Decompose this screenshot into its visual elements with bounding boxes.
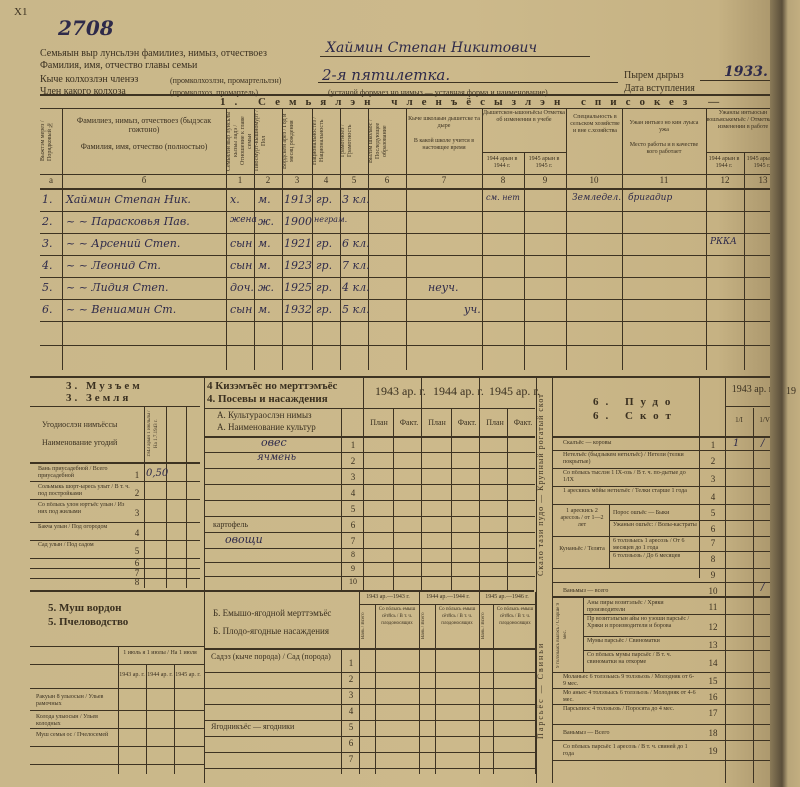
fruit-col-bearing: Со пӧлысь емыш сётйсь / В т. ч. плодонос…	[377, 606, 417, 627]
section6-title-ru: 6. Скот	[593, 410, 678, 422]
fruit-year: 1945 ар.—1946 г.	[479, 594, 535, 601]
livestock-row-label: Порос ошъёс — Быки	[613, 510, 697, 517]
livestock-row-number: 7	[703, 538, 723, 548]
education-group-header: Дышетскон-ышонъёсы Отметка об изменении …	[482, 110, 566, 124]
member-name: ~ ~ Леонид Ст.	[66, 259, 161, 272]
crop-row-number: 6	[343, 520, 363, 530]
land-date-header: 1943 арын 1 июльлы / На 1.7.1943 г.	[146, 410, 164, 458]
livestock-row-label: Мумы парсьёс / Свиноматки	[587, 638, 697, 645]
cattle-total-jul-value[interactable]: /	[761, 582, 764, 593]
colnum: 12	[706, 175, 744, 185]
col-5-header: Грамотноез / Грамотность	[340, 110, 366, 172]
member-name: ~ ~ Арсений Степ.	[66, 237, 180, 250]
colnum: б	[62, 175, 226, 185]
colnum: 6	[368, 175, 406, 185]
livestock-row-number: 18	[703, 728, 723, 738]
livestock-row-label: Ужанын ошъёс: / Волы-кастраты	[613, 522, 697, 529]
crop-row-number: 7	[343, 536, 363, 546]
row-number: 3.	[42, 237, 53, 250]
education: 4 кл.	[342, 281, 370, 294]
fruit-col-bearing: Со пӧлысь емыш сётйсь / В т. ч. плодонос…	[495, 606, 535, 627]
col-11-header-ru: Место работы и в качестве кого работает	[624, 142, 704, 156]
livestock-row-label: Скалъёс — коровы	[563, 440, 693, 447]
crops-header-ru: А. Наименование культур	[217, 422, 316, 432]
row-number: 2.	[42, 215, 53, 228]
crops-header-komi: А. Культураослэн нимыз	[217, 410, 312, 420]
literacy: гр.	[316, 281, 332, 294]
livestock-row-number: 10	[703, 586, 723, 596]
land-row-number: 2	[130, 488, 144, 498]
row-number: 6.	[42, 303, 53, 316]
orchard-row-number: 5	[343, 722, 359, 732]
year-1945: 1945 ар. г.	[489, 384, 541, 399]
sex: ж.	[258, 215, 274, 228]
crop-row-number: 9	[343, 564, 363, 573]
family-head-label-ru: Фамилия, имя, отчество главы семьи	[40, 60, 197, 71]
colnum: 10	[566, 175, 622, 185]
bees-year: 1944 ар. г.	[146, 672, 174, 679]
cattle-side-label: Скало тази пудо — Крупный рогатый скот	[537, 380, 551, 590]
fruit-col-bearing: Со пӧлысь емыш сётйсь / В т. ч. плодонос…	[437, 606, 477, 627]
land-row-number: 4	[130, 528, 144, 538]
livestock-row-number: 2	[703, 456, 723, 466]
colnum: 11	[622, 175, 706, 185]
col-12-header: 1944 арын в 1944 г.	[706, 156, 742, 170]
orchard-row-number: 1	[343, 658, 359, 668]
kolkhoz-hint-komi: (промколхозлэн, промартельлэн)	[170, 76, 281, 85]
plan-1943: План	[365, 418, 393, 427]
kolkhoz-label-komi: Кыче колхозлэн членэз	[40, 74, 138, 85]
workplace: бригадир	[628, 193, 672, 203]
table-row[interactable]: 1. Хаймин Степан Ник. х. м. 1913 гр. 3 к…	[40, 193, 780, 213]
crop-name[interactable]: овощи	[225, 533, 263, 546]
birth-year: 1900	[284, 215, 312, 228]
row-number: 5.	[42, 281, 53, 294]
colnum: 2	[254, 175, 282, 185]
section5-beekeeping: 5. Муш вордон 5. Пчеловодство 1 июль я 1…	[30, 592, 204, 784]
cows-jul-value[interactable]: /	[761, 438, 764, 449]
bees-row-label: Ракуын 8 улыосын / Ульев рамочных	[36, 694, 116, 708]
livestock-row-label: Ваньмыз — всего	[563, 588, 693, 595]
livestock-row-number: 5	[703, 508, 723, 518]
fruit-col-all: Вань / Всего	[360, 608, 374, 644]
relation: сын	[230, 303, 252, 316]
livestock-row-number: 19	[703, 746, 723, 756]
fact-1945: Факт.	[509, 418, 537, 427]
livestock-row-label: 6 толэзьысь 1 аресозь / От 6 месяцев до …	[613, 538, 697, 552]
livestock-row-label: Ваньмыз — Всего	[563, 730, 697, 737]
livestock-row-label: Со пӧлысь парсьёс 1 аресозь / В т. ч. св…	[563, 744, 697, 758]
current-school: неуч.	[428, 281, 458, 294]
literacy: неграм.	[314, 215, 347, 224]
orchard-row-number: 4	[343, 706, 359, 716]
col-4-header: Национальностез / Национальность	[312, 110, 338, 172]
fruit-title-ru: Б. Плодо-ягодные насаждения	[213, 626, 329, 636]
section1-header: Выжтэм мерез / Порядковый № Фамилиез, ни…	[40, 108, 780, 174]
col-6-header: Вылэм школаос / Последующее образование	[368, 110, 404, 172]
livestock-row-label: 1 арескись мӧйы нетилъёс / Телки старше …	[563, 488, 693, 495]
livestock-row-number: 4	[703, 492, 723, 502]
sex: м.	[258, 303, 271, 316]
livestock-row-number: 15	[703, 676, 723, 686]
page-binding-edge: 19	[770, 0, 800, 787]
land-col-header-ru: Наименование угодий	[42, 438, 117, 447]
colnum: 1	[226, 175, 254, 185]
literacy: гр.	[316, 259, 332, 272]
education: 7 кл.	[342, 259, 370, 272]
livestock-row-number: 3	[703, 474, 723, 484]
livestock-date-jan: 1/I	[725, 416, 753, 424]
next-year-header: 19	[786, 386, 796, 397]
section4-title-komi: 4 Кизэмъёс но мерттэмъёс	[207, 380, 337, 392]
section4b-fruit: Б. Емышо-ягодной мерттэмъёс Б. Плодо-яго…	[205, 592, 535, 774]
livestock-row-label: 6 толэзьозь / До 6 месяцев	[613, 553, 697, 560]
family-head-label-komi: Семьяын выр лунсьлэн фамилиез, нимыз, от…	[40, 48, 267, 59]
entry-label-komi: Пырем дырыз	[624, 70, 684, 81]
fruit-col-all: Вань / Всего	[480, 608, 494, 644]
birth-year: 1921	[284, 237, 312, 250]
document-page: Х1 2708 Семьяын выр лунсьлэн фамилиез, н…	[0, 0, 780, 787]
pigs-older-subgroup: 9 толэзьысь вылэсь / Старше 9 мес.	[555, 600, 581, 670]
table-row[interactable]: 6. ~ ~ Вениамин Ст. сын м. 1932 гр. 5 кл…	[40, 303, 780, 323]
col-8-header: 1944 арын в 1944 г.	[482, 156, 522, 170]
record-number: 2708	[58, 16, 114, 40]
col-7-header-ru: В какой школе учится в настоящее время	[408, 138, 480, 152]
col-b-header-ru: Фамилия, имя, отчество (полностью)	[64, 142, 224, 151]
crop-row-number: 10	[343, 577, 363, 586]
column-number-row: а б 1 2 3 4 5 6 7 8 9 10 11 12 13	[40, 175, 780, 187]
bees-row-label: Муш семья ос / Пчелосемей	[36, 732, 116, 739]
fruit-year: 1944 ар.—1944 г.	[419, 594, 477, 601]
specialty: Земледел.	[572, 193, 621, 203]
fact-1943: Факт.	[395, 418, 423, 427]
family-members-table: 1. Хаймин Степан Ник. х. м. 1913 гр. 3 к…	[40, 189, 780, 369]
work-change-1944: РККА	[710, 237, 737, 247]
fruit-year: 1943 ар.—1943 г.	[359, 594, 417, 601]
land-row-label: Со пӧлысь улон юртъёс улын / Из них под …	[38, 502, 130, 516]
cows-jan-value[interactable]: 1	[733, 438, 739, 449]
table-row[interactable]: 2. ~ ~ Парасковья Пав. жена ж. 1900 негр…	[40, 215, 780, 235]
pigs-side-label: Парсьёс — Свиньи	[537, 600, 551, 780]
relation: сын	[230, 237, 252, 250]
col-3-header: Вордскем арез / Год и месяц рождения	[282, 110, 310, 172]
land-row-label: Бакча улын / Под огородом	[38, 524, 130, 531]
livestock-row-label: Со пӧлысь мумы парсьёс / В т. ч. свинома…	[587, 652, 697, 666]
orchard-row-label: Ягодникъёс — ягодники	[211, 722, 294, 731]
col-9-header: 1945 арын в 1945 г.	[524, 156, 564, 170]
relation: сын	[230, 259, 252, 272]
member-name: ~ ~ Лидия Степ.	[66, 281, 168, 294]
year-1944: 1944 ар. г.	[433, 384, 485, 399]
col-b-header-komi: Фамилиез, нимыз, отчествоез (быдэсак гож…	[64, 116, 224, 134]
literacy: гр.	[316, 303, 332, 316]
land-row-label: Вань приусадебной / Всего приусадебной	[38, 466, 130, 480]
orchard-row-label: Садэз (кыче порода) / Сад (порода)	[211, 652, 339, 662]
sex: ж.	[258, 281, 274, 294]
sex: м.	[258, 237, 271, 250]
col-7-header-komi: Кыче школаын дышетске та дыре	[408, 116, 480, 130]
table-row[interactable]: 5. ~ ~ Лидия Степ. доч. ж. 1925 гр. 4 кл…	[40, 281, 780, 301]
bees-year: 1943 ар. г.	[118, 672, 146, 679]
literacy: гр.	[316, 193, 332, 206]
section6-title-komi: 6. Пудо	[593, 396, 677, 408]
livestock-row-number: 11	[703, 602, 723, 612]
livestock-row-number: 17	[703, 708, 723, 718]
section6-livestock: 6. Пудо 6. Скот 1943 ар. г. 1/I 1/VII Ск…	[553, 378, 780, 783]
work-change-group-header: Ужанлы интыосын вошъяськемъёс / Отметка …	[706, 110, 780, 131]
corner-mark: Х1	[14, 6, 27, 18]
livestock-row-number: 13	[703, 640, 723, 650]
livestock-row-label: Парсьпиос 4 толэзьозь / Поросята до 4 ме…	[563, 706, 697, 713]
fruit-col-all: Вань / Всего	[420, 608, 434, 644]
livestock-row-number: 12	[703, 622, 723, 632]
col-11-header-komi: Ужан интыез но кин луыса ужа	[624, 120, 704, 134]
section5-title-komi: 5. Муш вордон	[48, 602, 122, 614]
colnum: 8	[482, 175, 524, 185]
orchard-row-number: 6	[343, 738, 359, 748]
section5-title-ru: 5. Пчеловодство	[48, 616, 128, 628]
plan-1944: План	[423, 418, 451, 427]
land-row-number: 5	[130, 546, 144, 556]
year-1943: 1943 ар. г.	[375, 384, 427, 399]
land-row-number: 8	[130, 577, 144, 587]
fact-1944: Факт.	[453, 418, 481, 427]
row-number: 4.	[42, 259, 53, 272]
crop-row-number: 3	[343, 472, 363, 482]
member-name: ~ ~ Парасковья Пав.	[66, 215, 190, 228]
livestock-row-label: Мо аньес 4 толэзьысь 6 толэзьозь / Молод…	[563, 690, 697, 704]
education: 3 кл.	[342, 193, 370, 206]
land-total-value[interactable]: 0,50	[146, 468, 168, 479]
relation: доч.	[230, 281, 254, 294]
crop-row-number: 5	[343, 504, 363, 514]
plan-1945: План	[481, 418, 509, 427]
livestock-row-label: Аны пиры возитэльёс / Хряки производител…	[587, 600, 697, 614]
orchard-row-number: 3	[343, 690, 359, 700]
livestock-row-number: 8	[703, 554, 723, 564]
row-number: 1.	[42, 193, 53, 206]
land-row-number: 6	[130, 558, 144, 568]
section3-title-ru: 3. Земля	[66, 392, 131, 404]
colnum: 4	[312, 175, 340, 185]
crop-name[interactable]: ячмень	[257, 452, 296, 463]
sex: м.	[258, 193, 271, 206]
livestock-row-label: Со пӧлысь тыслэн 1 IX-озь / В т. ч. по-д…	[563, 470, 693, 484]
birth-year: 1925	[284, 281, 312, 294]
table-row[interactable]: 4. ~ ~ Леонид Ст. сын м. 1923 гр. 7 кл.	[40, 259, 780, 279]
section4-title-ru: 4. Посевы и насаждения	[207, 393, 328, 405]
colnum: 5	[340, 175, 368, 185]
education: 5 кл.	[342, 303, 370, 316]
col-1-header: Семьялэн выр лунсьлы кызьы ладэ / Отноше…	[226, 110, 252, 172]
family-head-value[interactable]: Хаймин Степан Никитович	[326, 40, 586, 56]
bees-col-group: 1 июль я 1 июлы / На 1 июля	[118, 650, 202, 657]
fruit-title-komi: Б. Емышо-ягодной мерттэмъёс	[213, 608, 331, 618]
land-col-header-komi: Угодиослэн нимъёссы	[42, 420, 117, 429]
colnum: а	[40, 175, 62, 185]
colnum: 9	[524, 175, 566, 185]
section4-sowings: 4 Кизэмъёс но мерттэмъёс 4. Посевы и нас…	[205, 378, 535, 588]
crop-row-number: 8	[343, 550, 363, 559]
member-name: ~ ~ Вениамин Ст.	[66, 303, 176, 316]
livestock-row-label: Нетелъёс (быдзыкем нетилъёс) / Нетели (т…	[563, 452, 693, 466]
relation: х.	[230, 193, 240, 206]
crop-row-number: 2	[343, 456, 363, 466]
relation: жена	[230, 215, 257, 225]
livestock-row-number: 6	[703, 524, 723, 534]
livestock-row-label: Моланьес 6 толэзьысь 9 толэзьозь / Молод…	[563, 674, 697, 688]
livestock-row-number: 1	[703, 440, 723, 450]
bees-year: 1945 ар. г.	[174, 672, 202, 679]
land-row-label: Сольмыкь шорт-ыресь улыт / В т. ч. под п…	[38, 484, 130, 498]
entry-value[interactable]: 1933.	[724, 64, 768, 80]
education: 6 кл.	[342, 237, 370, 250]
section3-title-komi: 3. Музъем	[66, 380, 143, 392]
livestock-row-label: Пр возитэльгын айы но уэоши парсьёс / Хр…	[587, 616, 697, 630]
member-name: Хаймин Степан Ник.	[66, 193, 191, 206]
crop-row-number: 4	[343, 488, 363, 498]
sex: м.	[258, 259, 271, 272]
crop-name: картофель	[213, 520, 248, 529]
livestock-row-number: 14	[703, 658, 723, 668]
calves-subgroup: Кунаньёс / Телята	[557, 546, 607, 553]
colnum: 7	[406, 175, 482, 185]
entry-label-ru: Дата вступления	[624, 83, 695, 94]
land-row-label: Сад улын / Под садом	[38, 542, 130, 549]
orchard-row-number: 2	[343, 674, 359, 684]
land-row-number: 1	[130, 470, 144, 480]
birth-year: 1932	[284, 303, 312, 316]
colnum: 3	[282, 175, 312, 185]
birth-year: 1923	[284, 259, 312, 272]
bees-row-label: Колода улыосын / Ульев колодных	[36, 714, 116, 728]
education-note: см. нет	[486, 193, 520, 202]
young-cattle-subgroup: 1 арескись 2 аресозь / от 1—2 лет	[557, 508, 607, 529]
section1-title: 1. Семьялэн членъёсызлэн списокез —	[220, 96, 728, 108]
current-school: уч.	[464, 303, 481, 316]
literacy: гр.	[316, 237, 332, 250]
land-row-number: 3	[130, 508, 144, 518]
livestock-row-number: 16	[703, 692, 723, 702]
livestock-row-number: 9	[703, 570, 723, 580]
table-row[interactable]: 3. ~ ~ Арсений Степ. сын м. 1921 гр. 6 к…	[40, 237, 780, 257]
orchard-row-number: 7	[343, 754, 359, 764]
crop-row-number: 1	[343, 440, 363, 450]
col-a-header: Выжтэм мерез / Порядковый №	[40, 110, 60, 172]
col-2-header: Пиосмурт-кышномурт / Пол	[254, 110, 280, 172]
section3-land: 3. Музъем 3. Земля Угодиослэн нимъёссы Н…	[30, 378, 200, 588]
birth-year: 1913	[284, 193, 312, 206]
crop-name[interactable]: овес	[261, 436, 287, 449]
col-10-header: Специальность в сельском хозяйстве и вне…	[568, 114, 622, 135]
